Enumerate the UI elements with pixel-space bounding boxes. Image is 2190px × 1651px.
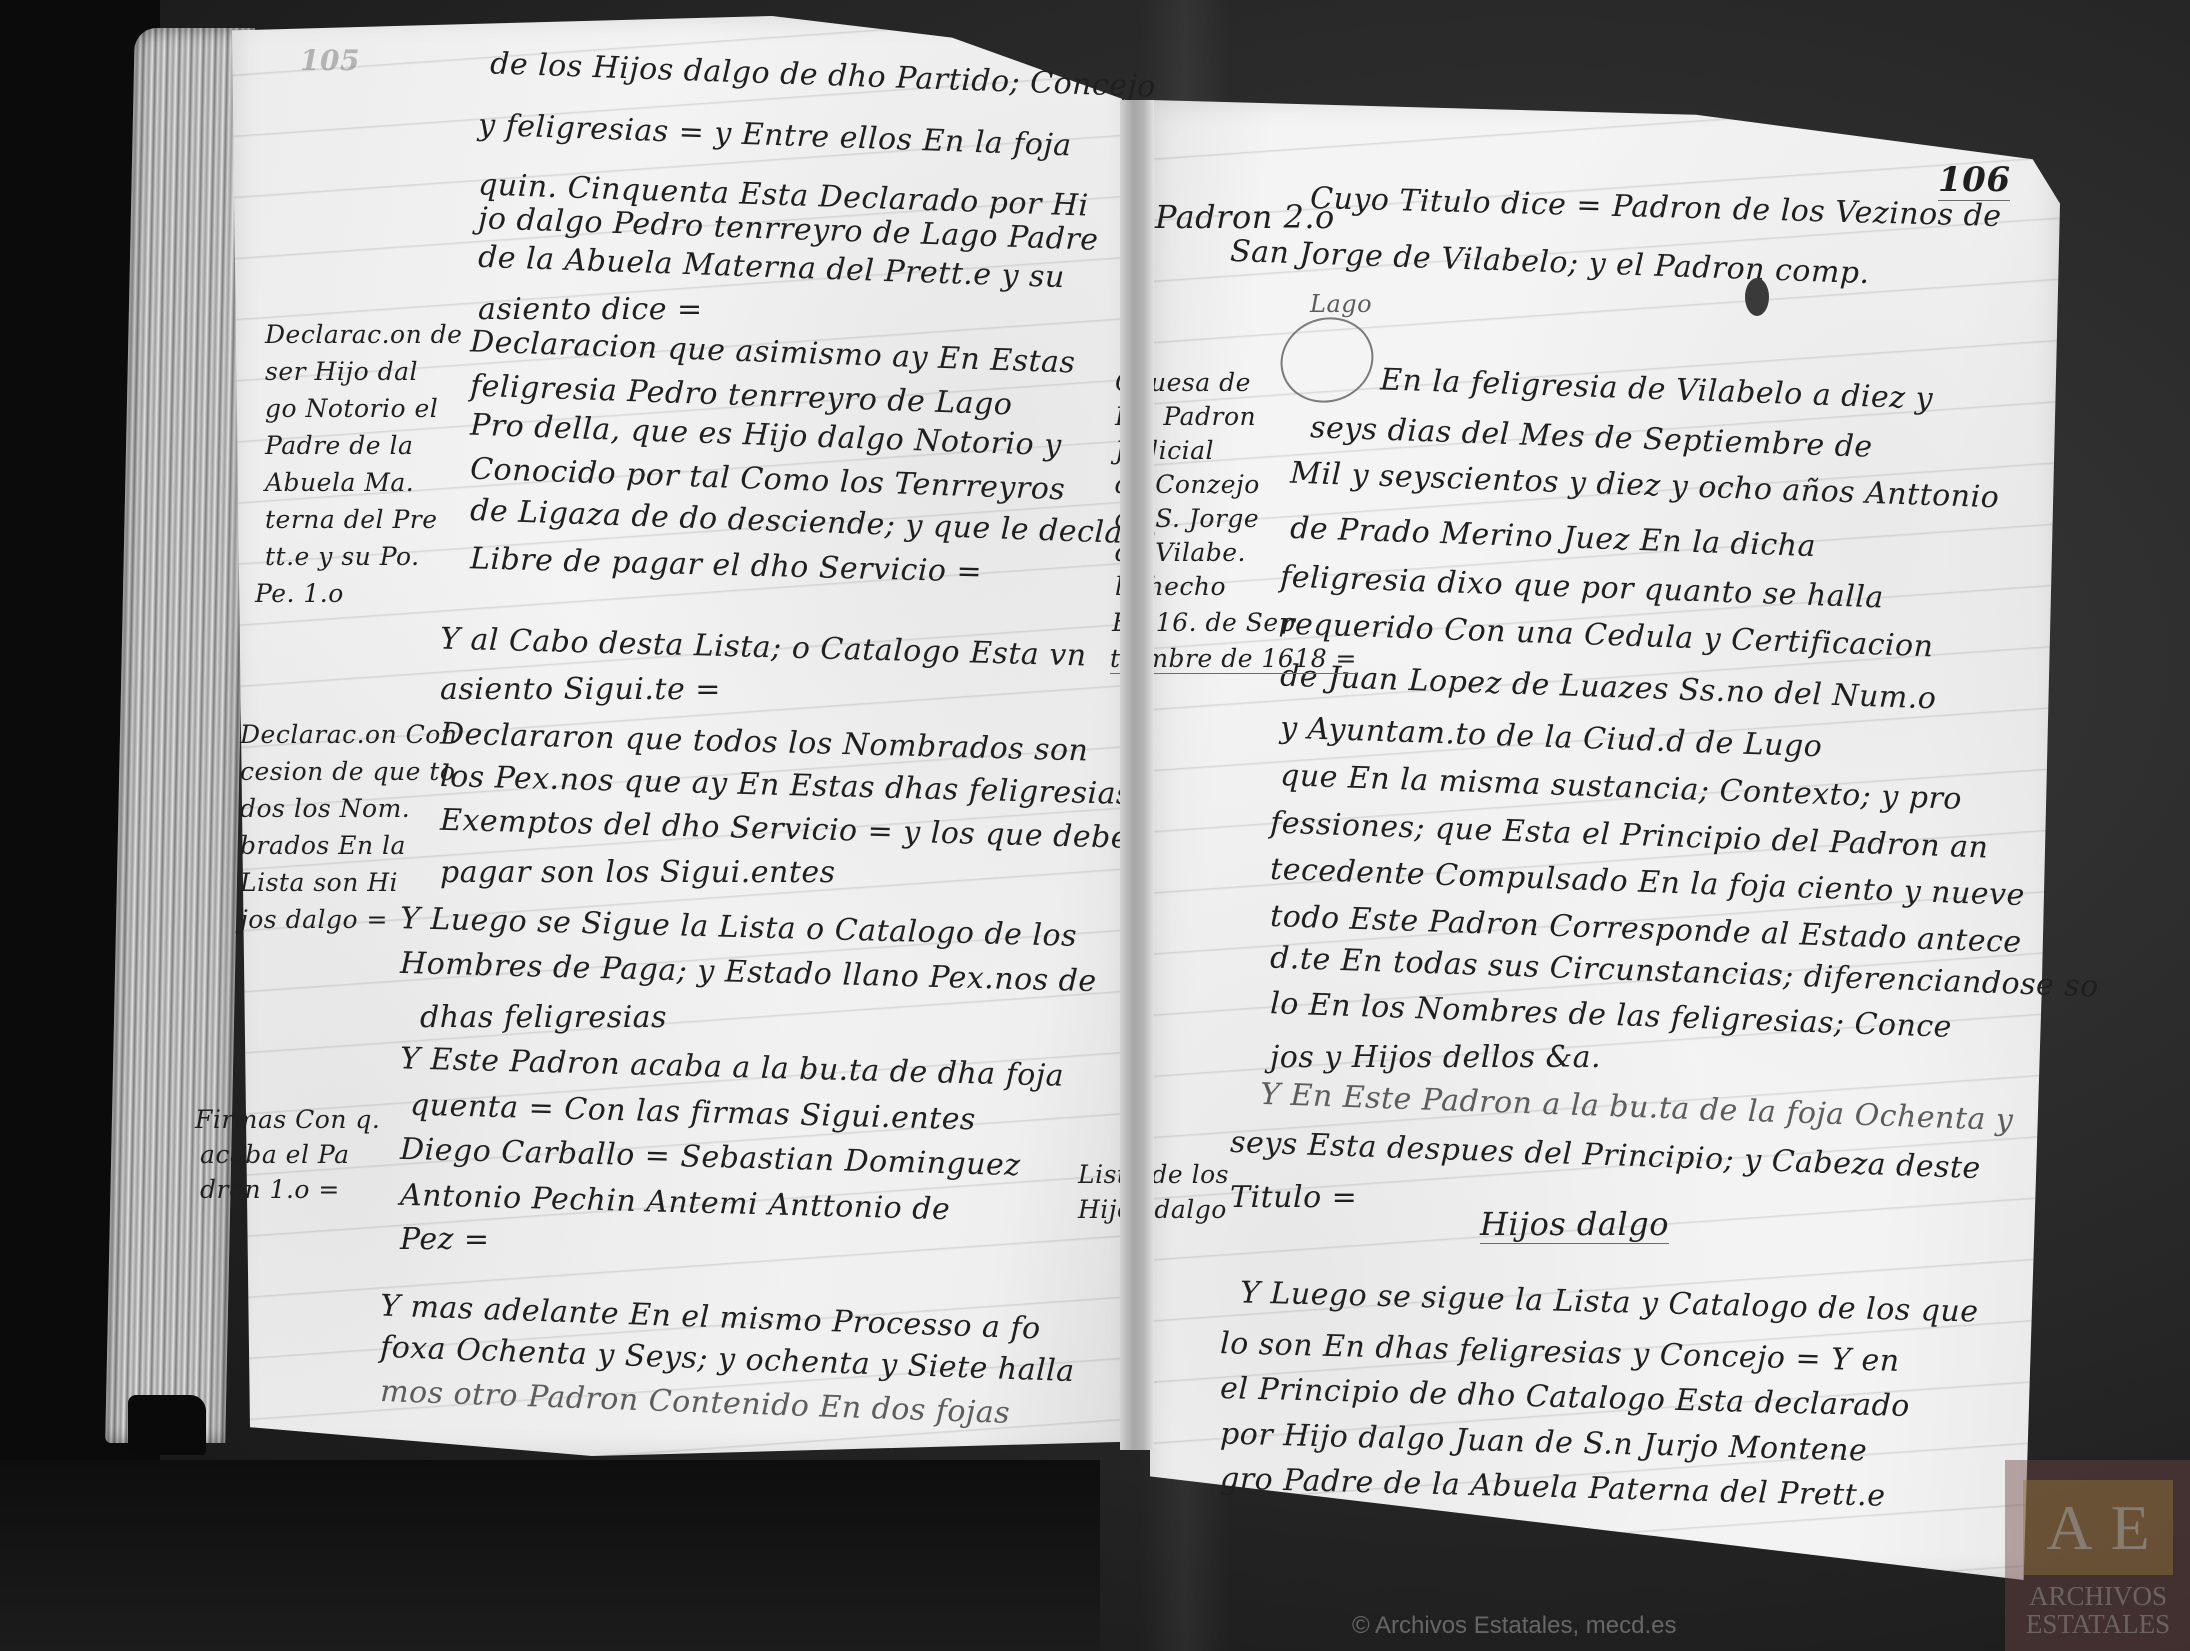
logo-letter-a: A [2046,1491,2092,1565]
section-heading-hijos-dalgo: Hijos dalgo [1480,1205,1669,1244]
body-line: asiento Sigui.te = [440,672,721,707]
copyright-watermark: © Archivos Estatales, mecd.es [1352,1612,1676,1640]
page-tab-marker [128,1395,206,1455]
margin-line: Lista son Hi [240,868,398,897]
body-line: Titulo = [1230,1180,1357,1215]
signature-line: Pez = [400,1222,490,1257]
margin-line: brados En la [240,831,406,860]
margin-line: acaba el Pa [200,1140,350,1169]
margin-line: dron 1.o = [200,1175,340,1204]
book-gutter [1120,100,1154,1450]
margin-line: Firmas Con q. [195,1105,380,1134]
margin-line: Declarac.on Con [240,720,457,749]
padron-heading-margin: Padron 2.o [1155,198,1335,236]
ink-blot [1745,278,1769,316]
margin-line: Abuela Ma. [265,468,414,497]
margin-line: go Notorio el [265,394,438,423]
heading-line: Lago [1310,290,1372,318]
body-line: asiento dice = [478,292,703,327]
margin-line: tt.e y su Po. [265,542,420,571]
left-folio-number: 105 [300,44,360,77]
body-line: jos y Hijos dellos &a. [1270,1040,1601,1075]
body-line: pagar son los Sigui.entes [440,855,836,890]
margin-line: cesion de que to [240,757,455,786]
margin-line: Pe. 1.o [255,579,344,608]
margin-line: ser Hijo dal [265,357,418,386]
logo-caption-line: ESTATALES [2013,1610,2183,1638]
archivos-estatales-logo: A E ARCHIVOS ESTATALES [2005,1460,2190,1651]
logo-letter-e: E [2111,1491,2150,1565]
margin-line: Padre de la [265,431,413,460]
scan-background-bottom [0,1460,1100,1651]
manuscript-scan: 105 de los Hijos dalgo de dho Partido; C… [0,0,2190,1651]
folio-number: 106 [1938,160,2010,201]
margin-line: jos dalgo = [240,905,388,934]
logo-monogram: A E [2023,1480,2173,1575]
logo-caption-line: ARCHIVOS [2013,1582,2183,1610]
body-line: dhas feligresias [420,1000,667,1035]
margin-line: dos los Nom. [240,794,410,823]
margin-line: Declarac.on de [265,320,462,349]
margin-line: terna del Pre [265,505,438,534]
logo-caption: ARCHIVOS ESTATALES [2013,1582,2183,1638]
